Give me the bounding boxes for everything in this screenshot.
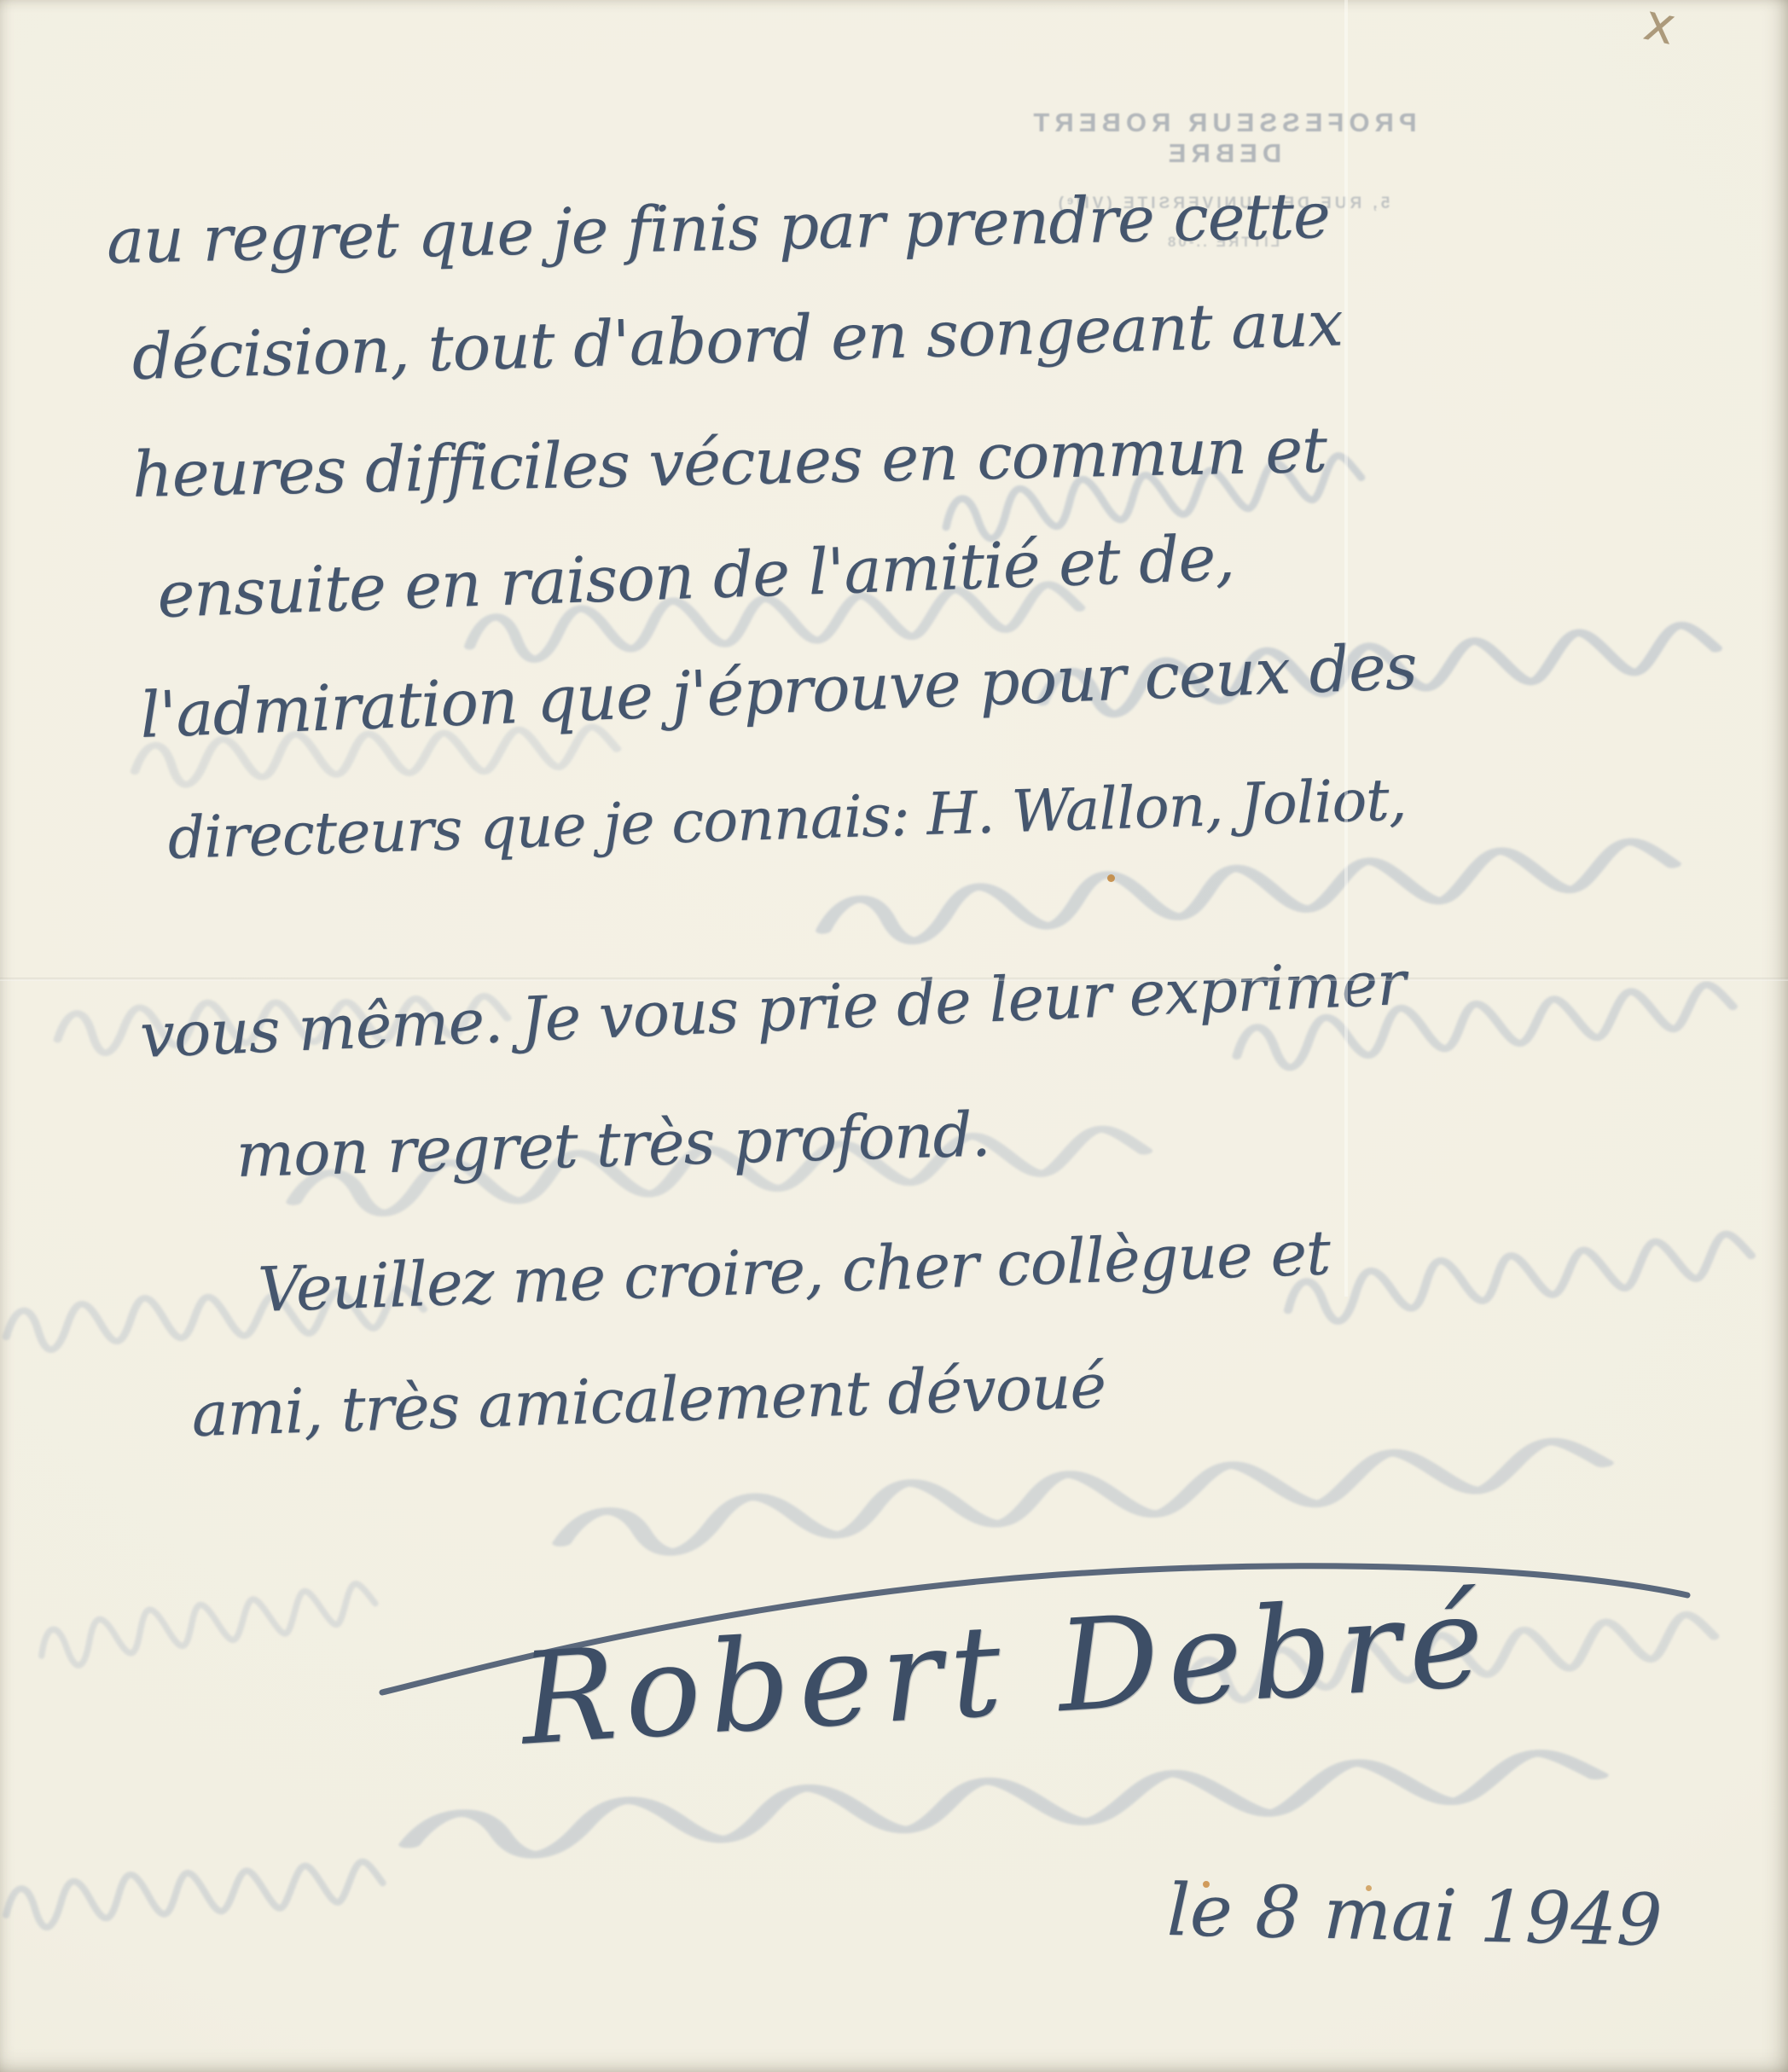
verso-bleedthrough-stroke [545, 1425, 1656, 1565]
verso-bleedthrough-stroke [1278, 1220, 1776, 1331]
handwritten-line-3: heures difficiles vécues en commun et [131, 414, 1327, 512]
scan-streak [1344, 0, 1348, 1297]
verso-bleedthrough-stroke [0, 1850, 403, 1935]
paper-speck [1366, 1885, 1372, 1891]
handwritten-line-5: l'admiration que j'éprouve pour ceux des [139, 630, 1418, 752]
handwritten-line-1: au regret que je finis par prendre cette [106, 179, 1330, 278]
handwritten-line-2: décision, tout d'abord en songeant aux [131, 287, 1344, 394]
handwritten-line-8: mon regret très profond. [235, 1098, 991, 1191]
letterhead-name: PROFESSEUR ROBERT DEBRE [1005, 107, 1440, 169]
paper-speck [1107, 874, 1115, 882]
verso-bleedthrough-stroke [32, 1570, 395, 1674]
closing-line-1: Veuillez me croire, cher collègue et [257, 1216, 1331, 1326]
fold-crease [0, 978, 1788, 981]
handwritten-line-6: directeurs que je connais: H. Wallon, Jo… [167, 766, 1408, 873]
letter-page: x PROFESSEUR ROBERT DEBRE 5, RUE DE L'UN… [0, 0, 1788, 2072]
handwritten-line-4: ensuite en raison de l'amitié et de, [156, 521, 1235, 632]
date-line: le 8 mai 1949 [1166, 1868, 1663, 1962]
closing-line-2: ami, très amicalement dévoué [190, 1349, 1106, 1450]
paper-speck [1203, 1881, 1210, 1888]
corner-pencil-x-mark: x [1639, 0, 1681, 57]
handwritten-line-7: vous même. Je vous prie de leur exprimer [138, 947, 1407, 1071]
